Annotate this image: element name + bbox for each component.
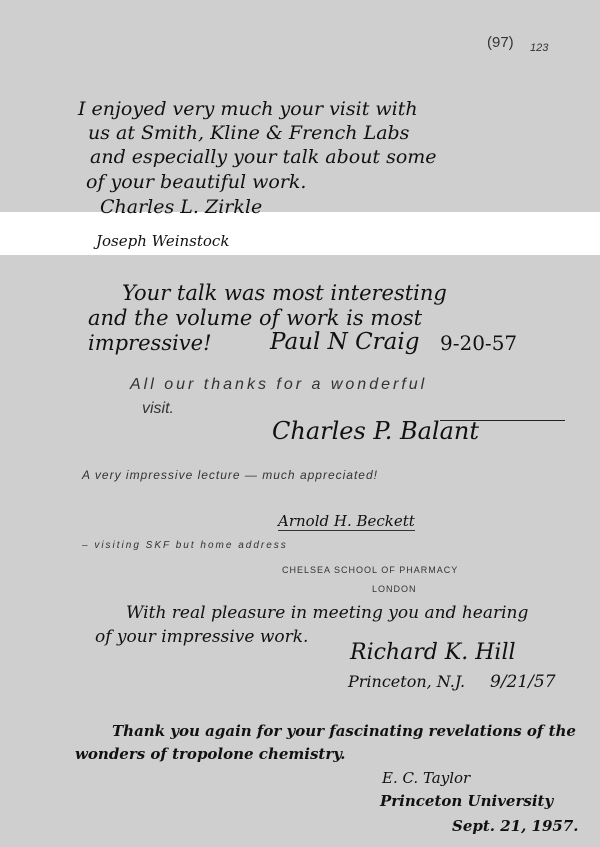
page-number: (97) (487, 34, 514, 51)
signature-flourish (440, 420, 565, 421)
note-line: and especially your talk about some (90, 146, 437, 168)
date: Sept. 21, 1957. (452, 817, 579, 835)
address-note: – visiting SKF but home address (82, 540, 288, 551)
signature-weinstock: Joseph Weinstock (96, 232, 229, 250)
address-line: LONDON (372, 584, 417, 594)
signature: Arnold H. Beckett (278, 512, 415, 531)
signature: Charles P. Balant (272, 417, 479, 445)
place: Princeton, N.J. (348, 672, 465, 691)
scan-white-band (0, 212, 600, 255)
note-line: wonders of tropolone chemistry. (75, 745, 345, 763)
note-line: and the volume of work is most (88, 306, 422, 330)
signature: Paul N Craig (270, 329, 419, 355)
note-line: A very impressive lecture — much appreci… (82, 468, 378, 482)
note-line: of your beautiful work. (86, 171, 306, 193)
note-line: All our thanks for a wonderful (130, 376, 427, 394)
signature: E. C. Taylor (382, 769, 470, 787)
signature: Charles L. Zirkle (100, 196, 262, 218)
note-line: us at Smith, Kline & French Labs (88, 122, 409, 144)
address-line: CHELSEA SCHOOL OF PHARMACY (282, 565, 458, 575)
note-line: I enjoyed very much your visit with (78, 98, 418, 120)
affiliation: Princeton University (380, 792, 553, 810)
note-line: visit. (142, 400, 174, 418)
note-line: of your impressive work. (95, 627, 308, 647)
date: 9/21/57 (490, 672, 556, 692)
note-line: With real pleasure in meeting you and he… (126, 603, 528, 623)
signature: Richard K. Hill (350, 640, 516, 665)
page-sub-number: 123 (530, 42, 548, 54)
note-line: Thank you again for your fascinating rev… (112, 722, 576, 740)
note-line: impressive! (88, 331, 212, 355)
note-line: Your talk was most interesting (122, 281, 447, 305)
date: 9-20-57 (440, 331, 517, 355)
